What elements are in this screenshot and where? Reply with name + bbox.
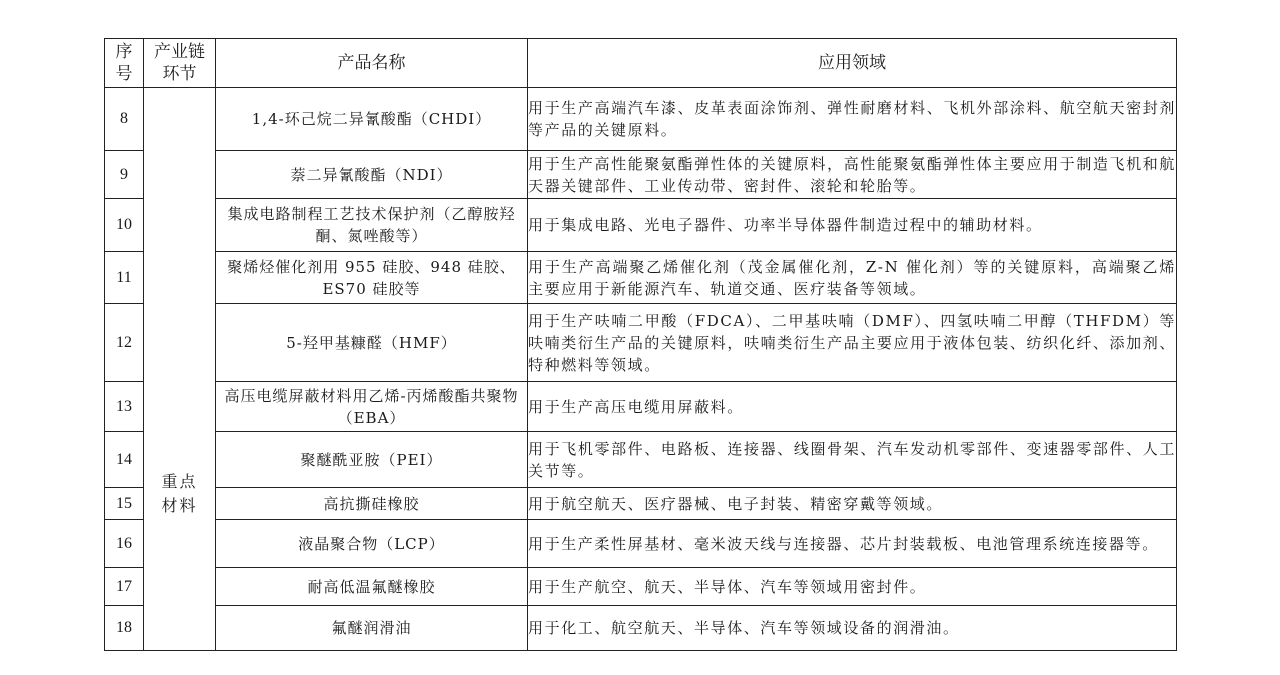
table-row: 125-羟甲基糠醛（HMF）用于生产呋喃二甲酸（FDCA）、二甲基呋喃（DMF）… (105, 304, 1177, 382)
application-field: 用于生产航空、航天、半导体、汽车等领域用密封件。 (528, 568, 1177, 606)
row-index: 12 (105, 304, 144, 382)
table-row: 16液晶聚合物（LCP）用于生产柔性屏基材、毫米波天线与连接器、芯片封装载板、电… (105, 520, 1177, 568)
application-field: 用于生产柔性屏基材、毫米波天线与连接器、芯片封装载板、电池管理系统连接器等。 (528, 520, 1177, 568)
row-index: 16 (105, 520, 144, 568)
product-name: 高压电缆屏蔽材料用乙烯-丙烯酸酯共聚物（EBA） (216, 382, 528, 432)
table-row: 13高压电缆屏蔽材料用乙烯-丙烯酸酯共聚物（EBA）用于生产高压电缆用屏蔽料。 (105, 382, 1177, 432)
product-name: 耐高低温氟醚橡胶 (216, 568, 528, 606)
table-row: 9萘二异氰酸酯（NDI）用于生产高性能聚氨酯弹性体的关键原料，高性能聚氨酯弹性体… (105, 151, 1177, 199)
application-field: 用于生产呋喃二甲酸（FDCA）、二甲基呋喃（DMF）、四氢呋喃二甲醇（THFDM… (528, 304, 1177, 382)
application-field: 用于生产高压电缆用屏蔽料。 (528, 382, 1177, 432)
row-index: 9 (105, 151, 144, 199)
product-name: 高抗撕硅橡胶 (216, 488, 528, 520)
header-product-name: 产品名称 (216, 39, 528, 88)
application-field: 用于集成电路、光电子器件、功率半导体器件制造过程中的辅助材料。 (528, 199, 1177, 252)
row-index: 17 (105, 568, 144, 606)
product-name: 聚烯烃催化剂用 955 硅胶、948 硅胶、ES70 硅胶等 (216, 252, 528, 304)
table-row: 17耐高低温氟醚橡胶用于生产航空、航天、半导体、汽车等领域用密封件。 (105, 568, 1177, 606)
table-row: 15高抗撕硅橡胶用于航空航天、医疗器械、电子封装、精密穿戴等领域。 (105, 488, 1177, 520)
product-name: 氟醚润滑油 (216, 606, 528, 651)
application-field: 用于化工、航空航天、半导体、汽车等领域设备的润滑油。 (528, 606, 1177, 651)
product-name: 集成电路制程工艺技术保护剂（乙醇胺羟酮、氮唑酸等） (216, 199, 528, 252)
product-table: 序号 产业链环节 产品名称 应用领域 8重点材料1,4-环己烷二异氰酸酯（CHD… (104, 38, 1177, 651)
row-index: 14 (105, 432, 144, 488)
product-name: 液晶聚合物（LCP） (216, 520, 528, 568)
application-field: 用于生产高端聚乙烯催化剂（茂金属催化剂，Z-N 催化剂）等的关键原料，高端聚乙烯… (528, 252, 1177, 304)
segment-label: 重点材料 (155, 470, 205, 518)
row-index: 8 (105, 88, 144, 151)
application-field: 用于飞机零部件、电路板、连接器、线圈骨架、汽车发动机零部件、变速器零部件、人工关… (528, 432, 1177, 488)
product-name: 1,4-环己烷二异氰酸酯（CHDI） (216, 88, 528, 151)
segment-cell: 重点材料 (144, 88, 216, 651)
table-row: 8重点材料1,4-环己烷二异氰酸酯（CHDI）用于生产高端汽车漆、皮革表面涂饰剂… (105, 88, 1177, 151)
application-field: 用于生产高性能聚氨酯弹性体的关键原料，高性能聚氨酯弹性体主要应用于制造飞机和航天… (528, 151, 1177, 199)
table-row: 18氟醚润滑油用于化工、航空航天、半导体、汽车等领域设备的润滑油。 (105, 606, 1177, 651)
row-index: 18 (105, 606, 144, 651)
product-name: 萘二异氰酸酯（NDI） (216, 151, 528, 199)
application-field: 用于生产高端汽车漆、皮革表面涂饰剂、弹性耐磨材料、飞机外部涂料、航空航天密封剂等… (528, 88, 1177, 151)
header-index: 序号 (105, 39, 144, 88)
row-index: 10 (105, 199, 144, 252)
row-index: 11 (105, 252, 144, 304)
table-row: 11聚烯烃催化剂用 955 硅胶、948 硅胶、ES70 硅胶等用于生产高端聚乙… (105, 252, 1177, 304)
row-index: 15 (105, 488, 144, 520)
header-application: 应用领域 (528, 39, 1177, 88)
table-row: 14聚醚酰亚胺（PEI）用于飞机零部件、电路板、连接器、线圈骨架、汽车发动机零部… (105, 432, 1177, 488)
row-index: 13 (105, 382, 144, 432)
product-name: 聚醚酰亚胺（PEI） (216, 432, 528, 488)
table-row: 10集成电路制程工艺技术保护剂（乙醇胺羟酮、氮唑酸等）用于集成电路、光电子器件、… (105, 199, 1177, 252)
application-field: 用于航空航天、医疗器械、电子封装、精密穿戴等领域。 (528, 488, 1177, 520)
header-row: 序号 产业链环节 产品名称 应用领域 (105, 39, 1177, 88)
product-name: 5-羟甲基糠醛（HMF） (216, 304, 528, 382)
header-segment: 产业链环节 (144, 39, 216, 88)
